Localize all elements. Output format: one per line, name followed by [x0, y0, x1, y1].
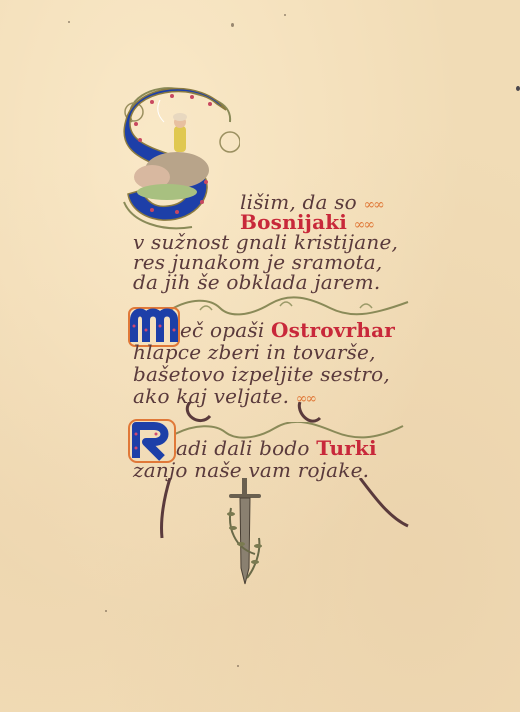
paper-speck [105, 610, 107, 612]
vine-border-icon [170, 296, 410, 318]
illuminated-initial-s-icon [122, 82, 240, 232]
paper-speck [237, 665, 239, 667]
manuscript-page: lišim, da so ∞∞ Bosnijaki ∞∞ v sužnost g… [0, 0, 520, 712]
paper-speck [516, 86, 520, 91]
poem-line: hlapce zberi in tovarše, [133, 340, 376, 364]
poem-line: adi dali bodo Turki [176, 436, 377, 460]
poem-line: eč opaši Ostrovrhar [180, 318, 395, 342]
poem-line: bašetovo izpeljite sestro, [133, 362, 390, 386]
sword-with-laurel-icon [225, 478, 265, 588]
paper-speck [68, 21, 70, 23]
rubric-name: Ostrovrhar [271, 318, 395, 342]
line-text: eč opaši [180, 318, 271, 342]
line-text: hlapce zberi in tovarše, [133, 340, 376, 364]
line-text: da jih še obklada jarem. [133, 270, 380, 294]
rubric-name: Turki [316, 436, 377, 460]
paper-speck [284, 14, 286, 16]
line-text: bašetovo izpeljite sestro, [133, 362, 390, 386]
line-text: adi dali bodo [176, 436, 316, 460]
paper-speck [231, 23, 234, 27]
poem-line: da jih še obklada jarem. [133, 270, 380, 294]
descender-swash-icon [140, 478, 420, 548]
